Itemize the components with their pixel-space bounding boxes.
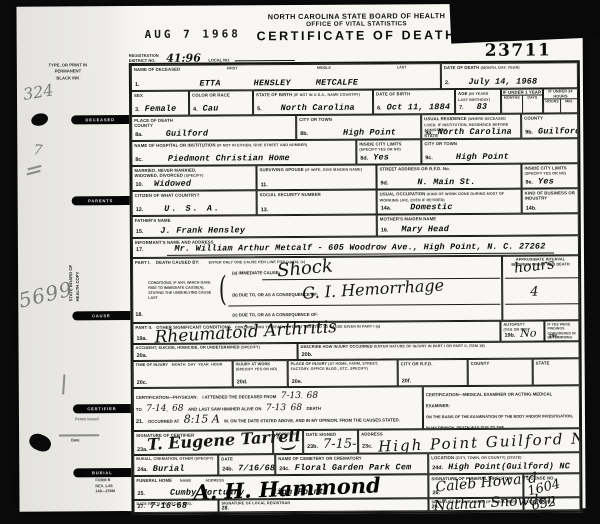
time-of-death: 8:15 A: [184, 412, 220, 425]
sex-value: Female: [145, 104, 177, 114]
embalmer-license-value: 652: [530, 494, 557, 513]
deceased-middle-name: HENSLEY: [254, 78, 291, 88]
field-injury-city: CITY OR R.F.D. 20f.: [398, 359, 468, 386]
field-hospital: NAME OF HOSPITAL OR INSTITUTION (IF NOT …: [131, 140, 356, 166]
occupation-value: Domestic: [410, 202, 452, 212]
field-if-under-24-hours: IF UNDER 24 HOURS HOURS MIN.: [543, 88, 578, 113]
marital-value: Widowed: [154, 179, 191, 189]
res-icl-value: Yes: [538, 176, 554, 186]
field-surviving-spouse: SURVIVING SPOUSE (IF WIFE, GIVE MAIDEN N…: [256, 165, 376, 191]
field-burial-date: DATE 24b. 7/16/68: [218, 454, 275, 475]
autopsy-value: No: [520, 327, 536, 340]
residence-state-value: North Carolina: [438, 127, 512, 137]
field-injury-state: STATE: [533, 358, 580, 385]
field-occupation: USUAL OCCUPATION (KIND OF WORK DONE DURI…: [377, 189, 522, 215]
certificate-form: NAME OF DECEASED FIRST MIDDLE LAST 1. ET…: [129, 60, 583, 515]
residence-city-value: High Point: [456, 152, 509, 162]
field-mother-name: MOTHER'S MAIDEN NAME 16.Mary Head: [377, 213, 579, 236]
certificate-sheet: TYPE, OR PRINT IN PERMANENT BLACK INK 32…: [16, 3, 585, 511]
field-injury-at-work: INJURY AT WORK (SPECIFY YES OR NO) 20d.: [233, 360, 288, 387]
burial-date-value: 7/16/68: [238, 463, 275, 473]
date-of-death-value: July 14, 1968: [468, 77, 537, 87]
pod-city-value: High Point: [343, 127, 396, 137]
degree-scribble: [280, 439, 297, 451]
field-pod-inside-city-limits: INSIDE CITY LIMITS (SPECIFY YES OR NO) 8…: [356, 139, 421, 164]
pencil-note-324: 324: [22, 80, 55, 104]
field-degree-or-title: DEGREE OR TITLE: [273, 430, 303, 454]
certificate-number: 23711: [485, 40, 552, 60]
pencil-mark: [27, 170, 41, 175]
field-place-of-death-county: PLACE OF DEATH COUNTY 8a.Guilford: [131, 115, 296, 141]
tab-certifier: CERTIFIER: [73, 404, 131, 413]
form-number: FORM B REV. 1-68 148—150M: [95, 478, 129, 495]
ink-instruction: TYPE, OR PRINT IN PERMANENT BLACK INK: [45, 62, 91, 81]
mother-value: Mary Head: [401, 224, 449, 234]
tab-parents: PARENTS: [72, 196, 130, 205]
field-findings-considered: IF YES WERE FINDINGS CONSIDERED IN DETER…: [544, 320, 579, 341]
race-value: Cau: [203, 104, 219, 114]
field-cemetery: NAME OF CEMETERY OR CREMATORY 24c. Flora…: [275, 453, 428, 475]
field-state-of-birth: STATE OF BIRTH (IF NOT IN U.S.A., NAME C…: [253, 90, 373, 116]
field-color-race: COLOR OR RACE 4.Cau: [189, 90, 253, 115]
residence-county-value: Guilford: [538, 126, 578, 136]
date-signed-value: 7-15-68: [323, 437, 358, 452]
age-value: 83: [477, 102, 488, 112]
field-if-under-1-year: IF UNDER 1 YEAR MONTHS DAYS: [501, 89, 543, 114]
conditions-note: CONDITIONS, IF ANY, WHICH GAVE RISE TO I…: [148, 281, 214, 301]
field-informant: INFORMANT'S NAME AND ADDRESS 17. Mr. Wil…: [132, 235, 579, 258]
last-saw-date: 7-13: [266, 403, 286, 413]
field-marital-status: MARRIED, NEVER MARRIED, WIDOWED, DIVORCE…: [131, 165, 256, 191]
hole-punch: [30, 112, 50, 128]
attended-from-year: 68: [307, 391, 319, 401]
father-value: J. Frank Hensley: [160, 225, 245, 236]
field-age: AGE (IN YEARS LAST BIRTHDAY) 7.83: [455, 89, 501, 114]
field-street-address: STREET ADDRESS OR R.F.D. No. 9d.N. Main …: [376, 164, 521, 190]
field-sex: SEX 3.Female: [131, 91, 189, 116]
tab-deceased: DECEASED: [71, 115, 129, 124]
state-of-birth-value: North Carolina: [281, 103, 355, 113]
cemetery-location-value: High Point(Guilford) NC: [448, 461, 570, 472]
citizen-value: U. S. A.: [164, 203, 221, 213]
field-residence-county: COUNTY 9b.Guilford: [521, 113, 578, 138]
field-name-of-deceased: NAME OF DECEASED FIRST MIDDLE LAST 1. ET…: [131, 63, 441, 91]
cemetery-value: Floral Garden Park Cem: [295, 462, 412, 473]
date-of-birth-value: Oct 11, 1884: [387, 102, 451, 112]
field-date-signed: DATE SIGNED 23b. 7-15-68: [303, 430, 358, 454]
brace: (: [219, 269, 227, 309]
date-note: Date: [71, 437, 79, 443]
attended-from-date: 7-13: [281, 391, 301, 401]
pod-icl-value: Yes: [373, 152, 389, 162]
field-place-of-death-city: CITY OR TOWN 8b.High Point: [296, 114, 421, 140]
permit-note: Permit issued: [75, 416, 99, 422]
pod-county-value: Guilford: [166, 129, 208, 139]
street-value: N. Main St.: [417, 177, 475, 187]
informant-value: Mr. William Arthur Metcalf - 605 Woodrow…: [166, 241, 553, 255]
certification-medical-examiner: CERTIFICATION—MEDICAL EXAMINER OR ACTING…: [423, 385, 580, 429]
field-ssn: SOCIAL SECURITY NUMBER 13.: [257, 190, 377, 216]
pencil-mark: [62, 374, 65, 394]
tab-burial: BURIAL: [73, 468, 131, 477]
field-res-inside-city-limits: INSIDE CITY LIMITS (SPECIFY YES OR NO) 9…: [521, 163, 578, 188]
attended-to-date: 7-14: [146, 404, 166, 414]
field-certifier-address: ADDRESS 23c. High Point Guilford N.C.: [358, 428, 580, 453]
pencil-mark: [59, 434, 99, 436]
pencil-note-5699: 5699: [16, 277, 75, 313]
cause-b-interval: 4: [530, 285, 538, 300]
certificate-title: CERTIFICATE OF DEATH: [227, 28, 487, 44]
field-citizen: CITIZEN OF WHAT COUNTRY? 12.U. S. A.: [132, 190, 257, 216]
deceased-last-name: METCALFE: [316, 78, 358, 88]
field-time-of-injury: TIME OF INJURY MONTH DAY YEAR HOUR 20c.: [133, 360, 233, 388]
hole-punch: [27, 431, 54, 454]
scan-corner-shadow: [449, 0, 600, 44]
field-date-of-death: DATE OF DEATH (MONTH, DAY, YEAR) 2. July…: [441, 62, 578, 89]
form-header: NORTH CAROLINA STATE BOARD OF HEALTH OFF…: [227, 11, 487, 44]
field-accident-suicide: ACCIDENT, SUICIDE, HOMICIDE, OR UNDETERM…: [133, 343, 298, 361]
field-place-of-injury: PLACE OF INJURY (AT HOME, FARM, STREET, …: [288, 359, 398, 387]
field-residence-city: CITY OR TOWN 9c.High Point: [421, 138, 578, 164]
deceased-first-name: ETTA: [199, 78, 220, 88]
field-burial-type: BURIAL, CREMATION, OTHER (SPECIFY) 24a. …: [133, 455, 218, 477]
cause-item-number: 18.: [135, 312, 143, 318]
certification-physician: CERTIFICATION—PHYSICIAN: I ATTENDED THE …: [133, 386, 423, 431]
field-cemetery-location: LOCATION (CITY, TOWN, OR COUNTY) (STATE)…: [428, 452, 580, 474]
burial-type-value: Burial: [153, 464, 185, 474]
field-industry: KIND OF BUSINESS OR INDUSTRY 14b.: [522, 188, 579, 213]
hospital-value: Piedmont Christian Home: [168, 153, 290, 164]
field-father-name: FATHER'S NAME 15.J. Frank Hensley: [132, 215, 377, 238]
date-received-value: 7-16-68: [150, 501, 187, 511]
field-residence-state: USUAL RESIDENCE (WHERE DECEASED LIVED. I…: [421, 114, 521, 140]
pencil-note-7: 7: [33, 142, 43, 159]
field-how-injury-occurred: DESCRIBE HOW INJURY OCCURRED (ENTER NATU…: [298, 341, 580, 360]
field-injury-county: COUNTY: [468, 359, 533, 386]
tab-cause: CAUSE: [72, 311, 130, 320]
field-autopsy: AUTOPSY?(YES OR NO) 19b. No: [500, 321, 544, 342]
field-date-of-birth: DATE OF BIRTH 6.Oct 11, 1884: [373, 89, 455, 115]
last-saw-year: 68: [291, 403, 303, 413]
